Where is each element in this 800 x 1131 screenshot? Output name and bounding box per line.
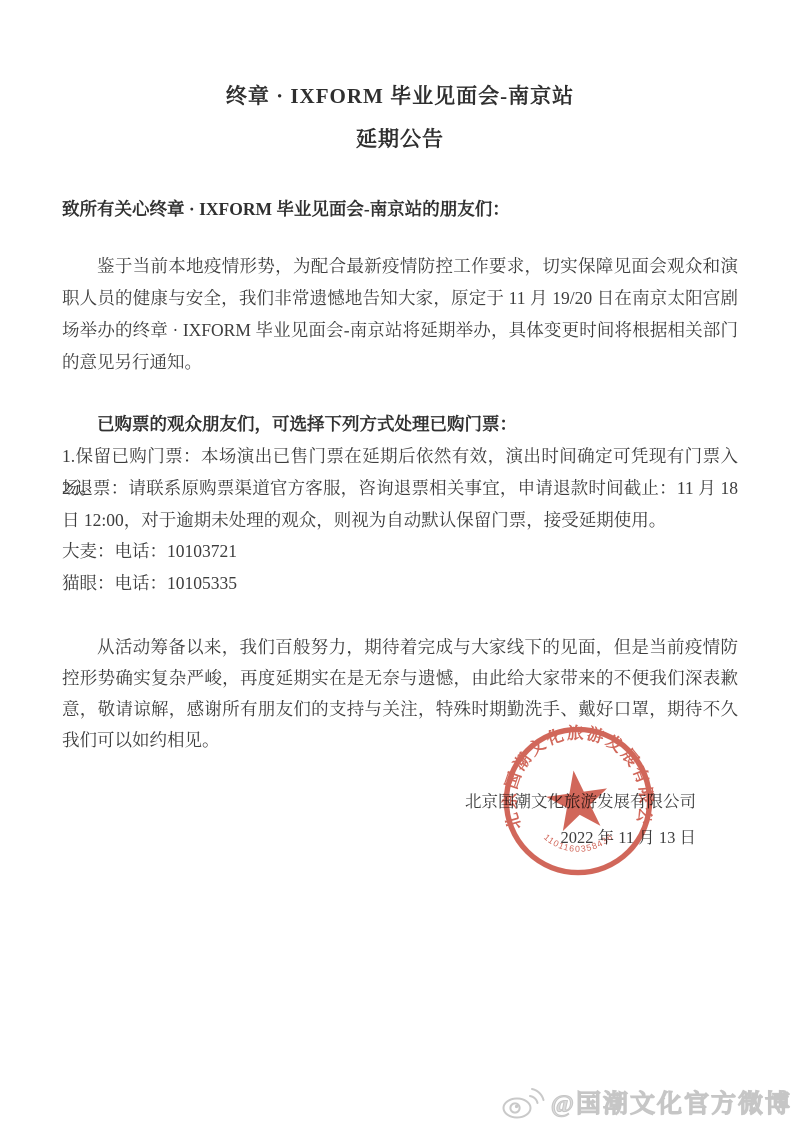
signature-company-name: 北京国潮文化旅游发展有限公司 (465, 790, 696, 814)
watermark-text: @国潮文化官方微博 (551, 1084, 792, 1120)
hotline-maoyan: 猫眼：电话：10105335 (62, 570, 738, 596)
document-subtitle: 延期公告 (0, 127, 800, 151)
postponement-paragraph: 鉴于当前本地疫情形势，为配合最新疫情防控工作要求，切实保障见面会观众和演职人员的… (62, 250, 738, 378)
weibo-logo-icon (501, 1084, 545, 1120)
salutation-line: 致所有关心终章 · IXFORM 毕业见面会-南京站的朋友们： (62, 196, 738, 222)
ticket-option-refund: 2.退票：请联系原购票渠道官方客服，咨询退票相关事宜，申请退款时间截止：11 月… (62, 472, 738, 536)
apology-paragraph: 从活动筹备以来，我们百般努力，期待着完成与大家线下的见面，但是当前疫情防控形势确… (62, 632, 738, 756)
announcement-document-page: 终章 · IXFORM 毕业见面会-南京站 延期公告 致所有关心终章 · IXF… (0, 0, 800, 1131)
weibo-watermark: @国潮文化官方微博 (501, 1084, 792, 1120)
ticket-options-heading: 已购票的观众朋友们，可选择下列方式处理已购门票： (62, 408, 738, 440)
signature-date: 2022 年 11 月 13 日 (560, 826, 696, 850)
document-title: 终章 · IXFORM 毕业见面会-南京站 (0, 84, 800, 108)
hotline-damai: 大麦：电话：10103721 (62, 538, 738, 564)
